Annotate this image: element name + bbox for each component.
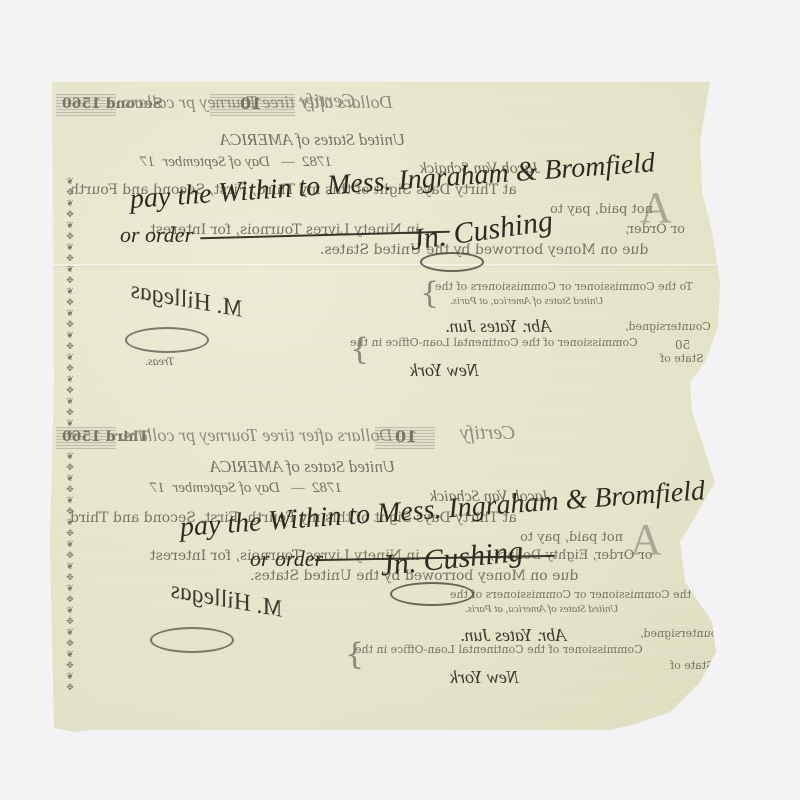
bill-line-not-paid: not paid, pay to: [550, 202, 653, 217]
signature-countersign: Abr. Yates Jun.: [445, 316, 551, 337]
amount-box: 10: [395, 427, 417, 446]
signature-state: New York: [450, 667, 519, 688]
bill-date: Day of September: [173, 480, 280, 496]
bill-date-line: 1782 — Day of September 17: [140, 154, 332, 171]
margin-number: 50: [675, 338, 690, 352]
bill-of-exchange-paper: ❦✥❦✥❦✥❦✥❦✥❦✥❦✥❦✥❦✥❦✥❦✥❦✥ ❦✥❦✥❦✥❦✥❦✥❦✥❦✥❦…: [50, 82, 750, 752]
addressee-line1: To the Commissioner or Commissioners of …: [450, 588, 708, 601]
bill-year: 1782: [312, 480, 342, 496]
series-letter: A: [640, 182, 672, 233]
countersigned-label: Countersigned,: [625, 320, 711, 333]
endorser-flourish: [420, 252, 484, 272]
fold-line: [50, 264, 750, 266]
addressee-line2: United States of America, at Paris.: [450, 295, 603, 307]
endorsement-line2: or order: [250, 546, 323, 572]
brace-icon: {: [345, 637, 364, 672]
addressee-line2: United States of America, at Paris.: [465, 603, 618, 615]
margin-note: Treas.: [145, 354, 174, 369]
signature-hillegas: M. Hillegas: [169, 577, 285, 623]
signature-countersign: Abr. Yates Jun.: [460, 625, 566, 646]
state-of-label: State of: [660, 352, 704, 365]
state-of-label: State of: [670, 659, 714, 672]
bill-year: 1782: [302, 154, 332, 170]
header-right: Certify: [460, 422, 516, 445]
addressee-line1: To the Commissioner or Commissioners of …: [435, 280, 693, 293]
bill-title: United States of AMERICA: [210, 457, 395, 477]
header-right: Certify: [300, 90, 356, 113]
bill-line-not-paid: not paid, pay to: [520, 530, 623, 545]
margin-number: N: [750, 644, 761, 658]
amount-box: 10: [240, 94, 262, 113]
bill-date: Day of September: [163, 154, 270, 170]
signature-flourish: [150, 627, 234, 653]
endorser-flourish: [390, 582, 474, 606]
signature-flourish: [125, 327, 209, 353]
commissioner-line: Commissioner of the Continental Loan-Off…: [350, 336, 638, 349]
signature-hillegas: M. Hillegas: [129, 277, 245, 323]
brace-icon: {: [420, 276, 439, 311]
ornamental-border-lower: ❦✥❦✥❦✥❦✥❦✥❦✥❦✥❦✥❦✥❦✥❦✥: [65, 452, 75, 692]
endorsement-line2: or order: [120, 222, 193, 248]
series-letter: A: [630, 514, 662, 565]
bill-day: 17: [150, 480, 165, 496]
brace-icon: {: [350, 332, 369, 367]
signature-state: New York: [410, 360, 479, 381]
countersigned-label: Countersigned,: [640, 627, 726, 640]
bill-date-line: 1782 — Day of September 17: [150, 480, 342, 497]
header-script: Dollars after tiree Tourney pr collars.: [120, 425, 393, 446]
bill-day: 17: [140, 154, 155, 170]
bill-title: United States of AMERICA: [220, 130, 405, 150]
ornamental-border-upper: ❦✥❦✥❦✥❦✥❦✥❦✥❦✥❦✥❦✥❦✥❦✥❦✥: [65, 177, 75, 437]
